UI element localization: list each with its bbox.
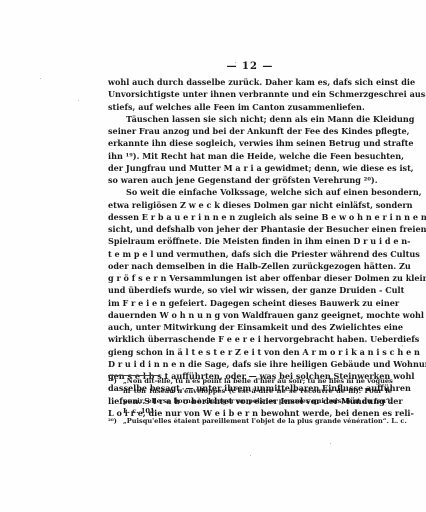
text-line: Unvorsichtigste unter ihnen verbrannte u… xyxy=(108,88,392,100)
page-number: — 12 — xyxy=(108,61,392,72)
scan-speck xyxy=(330,443,331,444)
text-line: dauernden W o h n u n g von Waldfrauen g… xyxy=(108,309,392,321)
text-line: wohl auch durch dasselbe zurück. Daher k… xyxy=(108,76,392,88)
footnote-line: L. c. 101. xyxy=(108,407,392,417)
footnote-marker: ¹⁹) xyxy=(108,377,123,387)
text-line: wirklich überraschende F e e r e i hervo… xyxy=(108,333,392,345)
text-line: seiner Frau anzog und bei der Ankunft de… xyxy=(108,125,392,137)
footnotes: ¹⁹)„Non dit-elle, tu n'es point la belle… xyxy=(108,377,392,427)
body-text: wohl auch durch dasselbe zurück. Daher k… xyxy=(108,76,392,419)
text-line: So weit die einfache Volkssage, welche s… xyxy=(108,186,392,198)
text-line: g r ö f s e r n Versammlungen ist aber o… xyxy=(108,272,392,284)
scan-speck xyxy=(235,62,236,63)
scanned-book-page: — 12 — wohl auch durch dasselbe zurück. … xyxy=(0,0,426,512)
footnote-marker: ²⁰) xyxy=(108,417,123,427)
scan-speck xyxy=(250,455,251,456)
footnote-line: punir, elle se borna à changer en pois l… xyxy=(108,397,392,407)
scan-speck xyxy=(402,345,403,346)
text-line: gieng schon in ä l t e s t e r Z e i t v… xyxy=(108,346,392,358)
text-line: auch, unter Mitwirkung der Einsamkeit un… xyxy=(108,321,392,333)
text-line: erkannte ihn diese sogleich, verwies ihm… xyxy=(108,137,392,149)
footnote: ²⁰)„Puisqu'elles étaient pareillement l'… xyxy=(108,417,392,427)
text-line: etwa religiösen Z w e c k dieses Dolmen … xyxy=(108,199,392,211)
text-line: ihn ¹⁹). Mit Recht hat man die Heide, we… xyxy=(108,150,392,162)
text-line: oder nach demselben in die Halb-Zellen z… xyxy=(108,260,392,272)
footnote-text: „Puisqu'elles étaient pareillement l'obj… xyxy=(123,417,407,425)
footnote: ¹⁹)„Non dit-elle, tu n'es point la belle… xyxy=(108,377,392,417)
text-line: D r u i d i n n e n die Sage, dafs sie i… xyxy=(108,358,392,370)
text-line: stiefs, auf welches alle Feen im Canton … xyxy=(108,101,392,113)
footnote-separator xyxy=(108,375,160,376)
text-line: und überdiefs wurde, so viel wir wissen,… xyxy=(108,284,392,296)
text-line: im F r e i e n gefeiert. Dagegen scheint… xyxy=(108,297,392,309)
footnote-line: ¹⁹)„Non dit-elle, tu n'es point la belle… xyxy=(108,377,392,387)
text-line: Spielraum eröffnete. Die Meisten finden … xyxy=(108,235,392,247)
footnote-text: „Non dit-elle, tu n'es point la belle d'… xyxy=(123,377,393,385)
text-line: so waren auch jene Gegenstand der gröfst… xyxy=(108,174,392,186)
text-line: der Jungfrau und Mutter M a r i a gewidm… xyxy=(108,162,392,174)
footnote-line: ni ton fuseau n'enveloppes (c'est-à-dire… xyxy=(108,387,392,397)
text-line: sicht, und defshalb von jeher der Phanta… xyxy=(108,223,392,235)
text-line: t e m p e l und vermuthen, dafs sich die… xyxy=(108,248,392,260)
scan-speck xyxy=(78,100,79,101)
scan-speck xyxy=(40,78,41,79)
footnote-line: ²⁰)„Puisqu'elles étaient pareillement l'… xyxy=(108,417,392,427)
text-line: dessen E r b a u e r i n n e n zugleich … xyxy=(108,211,392,223)
text-line: Täuschen lassen sie sich nicht; denn als… xyxy=(108,113,392,125)
